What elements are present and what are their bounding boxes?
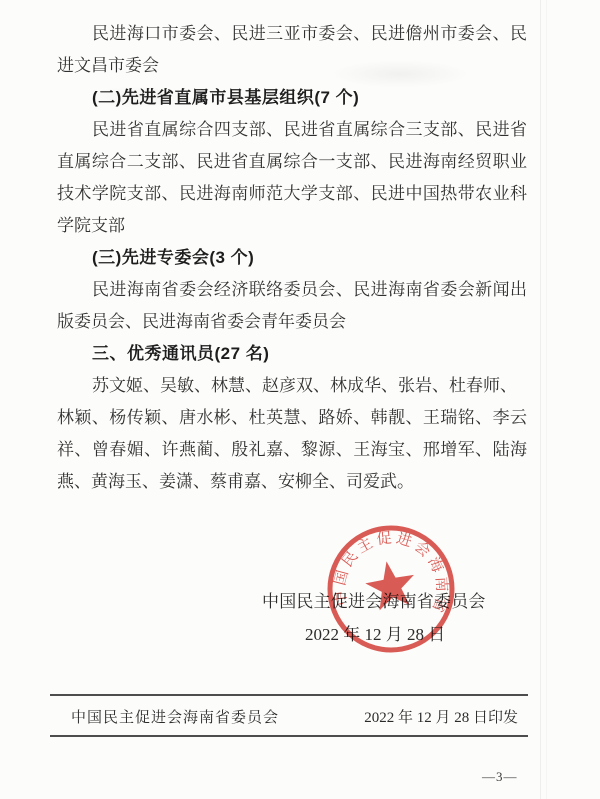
paragraph-line: 燕、黄海玉、姜潇、蔡甫嘉、安柳全、司爱武。 xyxy=(57,466,527,498)
footer-issuer: 中国民主促进会海南省委员会 xyxy=(71,709,279,727)
document-body: 民进海口市委会、民进三亚市委会、民进儋州市委会、民 进文昌市委会 (二)先进省直… xyxy=(57,18,527,498)
paragraph-line: 祥、曾春媚、许燕蔺、殷礼嘉、黎源、王海宝、邢增军、陆海 xyxy=(57,434,527,466)
scan-edge-artifact-2 xyxy=(546,0,547,799)
paragraph-line: 民进省直属综合四支部、民进省直属综合三支部、民进省 xyxy=(57,114,527,146)
footer-divider-top xyxy=(50,694,528,696)
page-number: —3— xyxy=(482,769,518,785)
paragraph-line: 技术学院支部、民进海南师范大学支部、民进中国热带农业科 xyxy=(57,178,527,210)
document-page: 民进海口市委会、民进三亚市委会、民进儋州市委会、民 进文昌市委会 (二)先进省直… xyxy=(0,0,600,799)
star-icon xyxy=(362,557,419,612)
footer-divider-bottom xyxy=(50,735,528,737)
paragraph-line: 直属综合二支部、民进省直属综合一支部、民进海南经贸职业 xyxy=(57,146,527,178)
section-heading: (二)先进省直属市县基层组织(7 个) xyxy=(57,82,527,114)
footer-print-date: 2022 年 12 月 28 日印发 xyxy=(364,709,518,727)
paragraph-line: 林颖、杨传颖、唐水彬、杜英慧、路娇、韩靓、王瑞铭、李云 xyxy=(57,402,527,434)
paragraph-line: 民进海口市委会、民进三亚市委会、民进儋州市委会、民 xyxy=(57,18,527,50)
official-seal-stamp: 中国民主促进会海南省委员会 xyxy=(321,519,461,659)
section-heading: 三、优秀通讯员(27 名) xyxy=(57,338,527,370)
paragraph-line: 民进海南省委会经济联络委员会、民进海南省委会新闻出 xyxy=(57,274,527,306)
paragraph-line: 进文昌市委会 xyxy=(57,50,527,82)
scan-edge-artifact xyxy=(540,0,541,799)
paragraph-line: 版委员会、民进海南省委会青年委员会 xyxy=(57,306,527,338)
paragraph-line: 学院支部 xyxy=(57,210,527,242)
paragraph-line: 苏文姬、吴敏、林慧、赵彦双、林成华、张岩、杜春师、 xyxy=(57,370,527,402)
section-heading: (三)先进专委会(3 个) xyxy=(57,242,527,274)
